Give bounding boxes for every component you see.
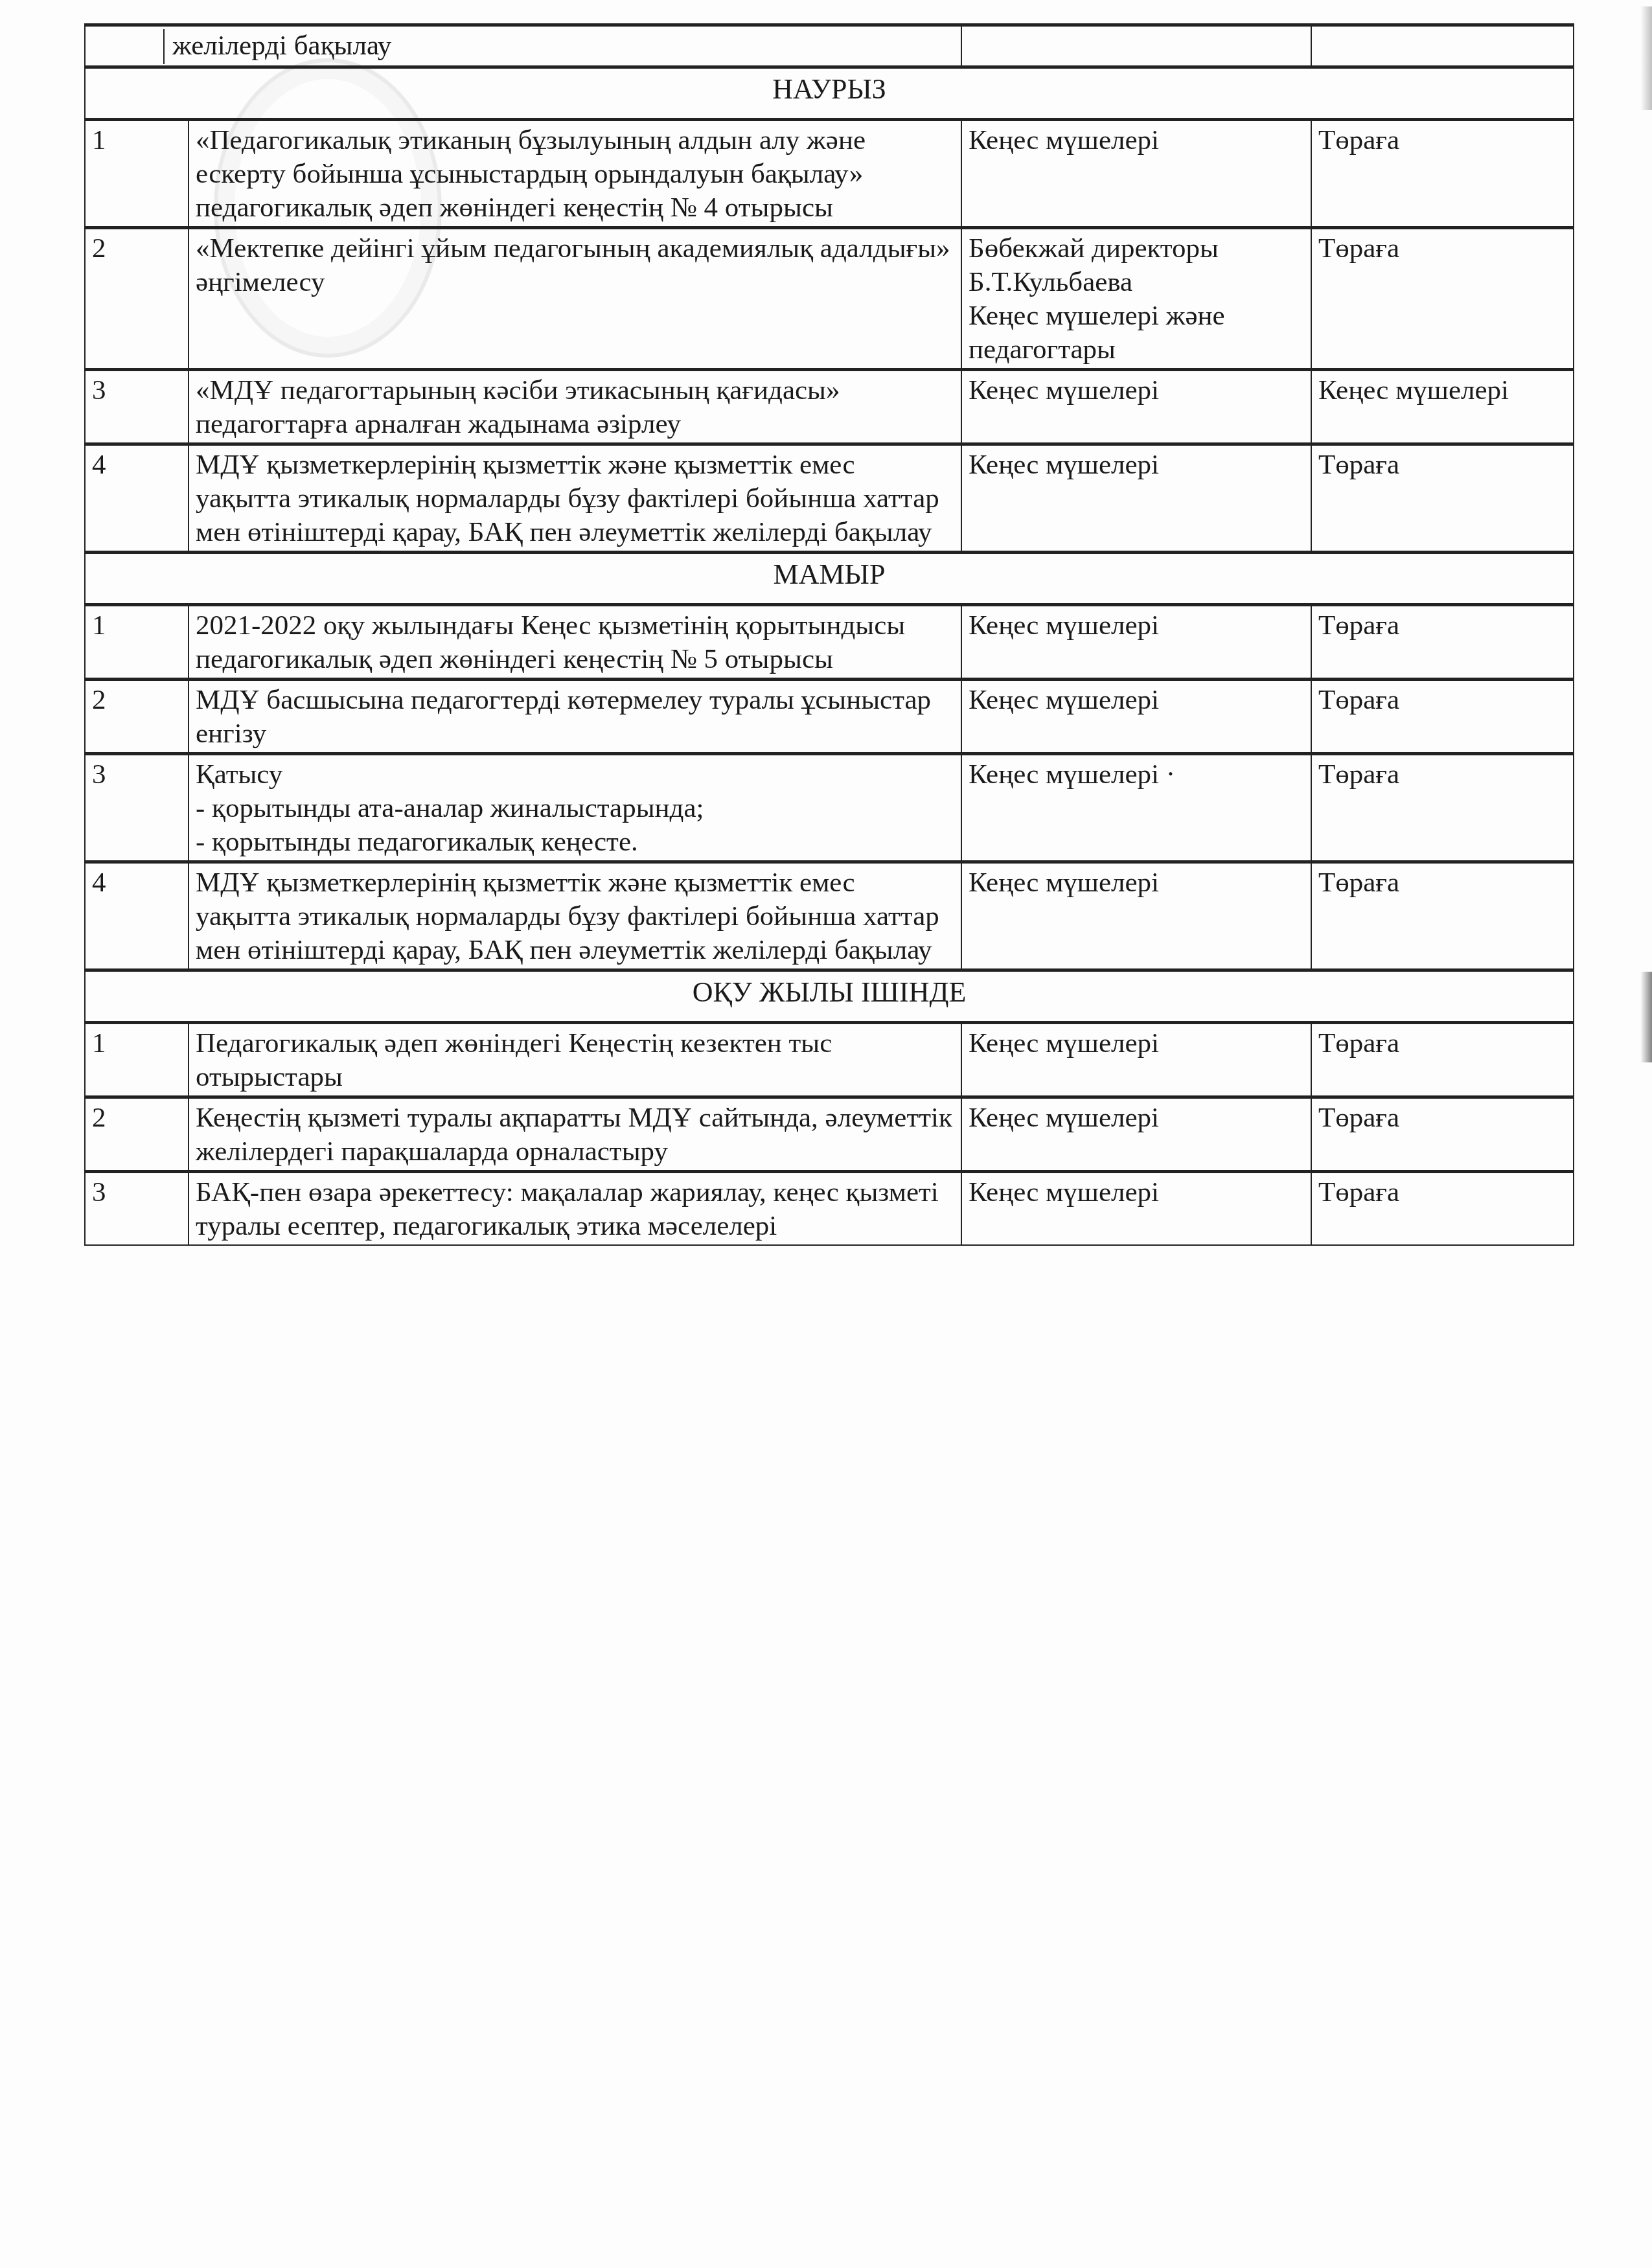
task-cell: «Педагогикалық этиканың бұзылуының алдын… bbox=[189, 120, 961, 228]
section-header-row: НАУРЫЗ bbox=[85, 67, 1574, 120]
responsible-line: Кеңес мүшелері bbox=[969, 1176, 1304, 1209]
row-number: 2 bbox=[85, 228, 189, 370]
responsible-line: Кеңес мүшелері және педагогтары bbox=[969, 299, 1304, 367]
task-cell: Кеңестің қызметі туралы ақпаратты МДҰ са… bbox=[189, 1097, 961, 1172]
responsible-cell: Кеңес мүшелері bbox=[961, 444, 1311, 553]
task-cell: МДҰ қызметкерлерінің қызметтік және қызм… bbox=[189, 862, 961, 970]
responsible-cell: Кеңес мүшелері bbox=[961, 1023, 1311, 1097]
task-line: - қорытынды педагогикалық кеңесте. bbox=[196, 825, 954, 859]
control-cell: Төраға bbox=[1311, 754, 1574, 862]
responsible-cell: Кеңес мүшелері bbox=[961, 1097, 1311, 1172]
row-number: 1 bbox=[85, 120, 189, 228]
row-number: 3 bbox=[85, 754, 189, 862]
task-line: - қорытынды ата-аналар жиналыстарында; bbox=[196, 792, 954, 825]
table-row: 2Кеңестің қызметі туралы ақпаратты МДҰ с… bbox=[85, 1097, 1574, 1172]
control-cell: Кеңес мүшелері bbox=[1311, 370, 1574, 444]
table-row: 2МДҰ басшысына педагогтерді көтермелеу т… bbox=[85, 680, 1574, 754]
responsible-line: Кеңес мүшелері bbox=[969, 866, 1304, 900]
row-number: 2 bbox=[85, 680, 189, 754]
continuation-task-text: желілерді бақылау bbox=[165, 29, 391, 64]
row-number: 1 bbox=[85, 605, 189, 680]
responsible-cell: Кеңес мүшелері bbox=[961, 862, 1311, 970]
section-title: НАУРЫЗ bbox=[85, 67, 1574, 120]
table-row: 3«МДҰ педагогтарының кәсіби этикасының қ… bbox=[85, 370, 1574, 444]
row-number: 1 bbox=[85, 1023, 189, 1097]
responsible-line: Кеңес мүшелері bbox=[969, 609, 1304, 643]
continuation-row: желілерді бақылау bbox=[85, 25, 1574, 67]
scanned-page: желілерді бақылау НАУРЫЗ1«Педагогикалық … bbox=[0, 0, 1652, 2268]
responsible-line: Кеңес мүшелері bbox=[969, 1027, 1304, 1060]
row-number: 4 bbox=[85, 862, 189, 970]
control-cell: Төраға bbox=[1311, 120, 1574, 228]
table-row: 1«Педагогикалық этиканың бұзылуының алды… bbox=[85, 120, 1574, 228]
section-title: ОҚУ ЖЫЛЫ ІШІНДЕ bbox=[85, 970, 1574, 1023]
table-row: 2«Мектепке дейінгі ұйым педагогының акад… bbox=[85, 228, 1574, 370]
table-row: 3БАҚ-пен өзара әрекеттесу: мақалалар жар… bbox=[85, 1172, 1574, 1246]
task-cell: МДҰ қызметкерлерінің қызметтік және қызм… bbox=[189, 444, 961, 553]
section-header-row: ОҚУ ЖЫЛЫ ІШІНДЕ bbox=[85, 970, 1574, 1023]
control-cell: Төраға bbox=[1311, 444, 1574, 553]
table-row: 4МДҰ қызметкерлерінің қызметтік және қыз… bbox=[85, 862, 1574, 970]
responsible-cell: Кеңес мүшелері bbox=[961, 1172, 1311, 1246]
task-cell: «МДҰ педагогтарының кәсіби этикасының қа… bbox=[189, 370, 961, 444]
row-number: 4 bbox=[85, 444, 189, 553]
scan-edge-shadow bbox=[1640, 972, 1652, 1062]
task-cell: Педагогикалық әдеп жөніндегі Кеңестің ке… bbox=[189, 1023, 961, 1097]
ethics-council-plan-table: желілерді бақылау НАУРЫЗ1«Педагогикалық … bbox=[84, 23, 1574, 1246]
task-cell: «Мектепке дейінгі ұйым педагогының акаде… bbox=[189, 228, 961, 370]
task-cell: 2021-2022 оқу жылындағы Кеңес қызметінің… bbox=[189, 605, 961, 680]
task-cell: БАҚ-пен өзара әрекеттесу: мақалалар жари… bbox=[189, 1172, 961, 1246]
responsible-line: Кеңес мүшелері bbox=[969, 448, 1304, 482]
row-number: 3 bbox=[85, 370, 189, 444]
responsible-cell: Кеңес мүшелері bbox=[961, 605, 1311, 680]
table-row: 4МДҰ қызметкерлерінің қызметтік және қыз… bbox=[85, 444, 1574, 553]
continuation-control bbox=[1311, 25, 1574, 67]
row-number: 2 bbox=[85, 1097, 189, 1172]
control-cell: Төраға bbox=[1311, 1023, 1574, 1097]
control-cell: Төраға bbox=[1311, 1097, 1574, 1172]
continuation-responsible bbox=[961, 25, 1311, 67]
control-cell: Төраға bbox=[1311, 680, 1574, 754]
responsible-line: Кеңес мүшелері bbox=[969, 1101, 1304, 1135]
responsible-cell: Кеңес мүшелері bbox=[961, 120, 1311, 228]
section-header-row: МАМЫР bbox=[85, 553, 1574, 605]
task-cell: МДҰ басшысына педагогтерді көтермелеу ту… bbox=[189, 680, 961, 754]
control-cell: Төраға bbox=[1311, 1172, 1574, 1246]
control-cell: Төраға bbox=[1311, 228, 1574, 370]
table-row: 3Қатысу- қорытынды ата-аналар жиналыстар… bbox=[85, 754, 1574, 862]
continuation-task-cell: желілерді бақылау bbox=[85, 25, 961, 67]
task-line: Қатысу bbox=[196, 758, 954, 792]
continuation-num-blank bbox=[92, 29, 165, 64]
responsible-cell: Кеңес мүшелері · bbox=[961, 754, 1311, 862]
section-title: МАМЫР bbox=[85, 553, 1574, 605]
responsible-cell: Кеңес мүшелері bbox=[961, 370, 1311, 444]
table-row: 1Педагогикалық әдеп жөніндегі Кеңестің к… bbox=[85, 1023, 1574, 1097]
responsible-line: Кеңес мүшелері bbox=[969, 374, 1304, 407]
row-number: 3 bbox=[85, 1172, 189, 1246]
responsible-line: Кеңес мүшелері · bbox=[969, 758, 1304, 792]
responsible-line: Кеңес мүшелері bbox=[969, 683, 1304, 717]
responsible-cell: Бөбекжай директорыБ.Т.КульбаеваКеңес мүш… bbox=[961, 228, 1311, 370]
control-cell: Төраға bbox=[1311, 605, 1574, 680]
responsible-line: Бөбекжай директоры bbox=[969, 232, 1304, 266]
responsible-cell: Кеңес мүшелері bbox=[961, 680, 1311, 754]
scan-edge-shadow bbox=[1640, 6, 1652, 110]
control-cell: Төраға bbox=[1311, 862, 1574, 970]
task-cell: Қатысу- қорытынды ата-аналар жиналыстары… bbox=[189, 754, 961, 862]
table-row: 12021-2022 оқу жылындағы Кеңес қызметіні… bbox=[85, 605, 1574, 680]
responsible-line: Кеңес мүшелері bbox=[969, 124, 1304, 157]
responsible-line: Б.Т.Кульбаева bbox=[969, 266, 1304, 299]
